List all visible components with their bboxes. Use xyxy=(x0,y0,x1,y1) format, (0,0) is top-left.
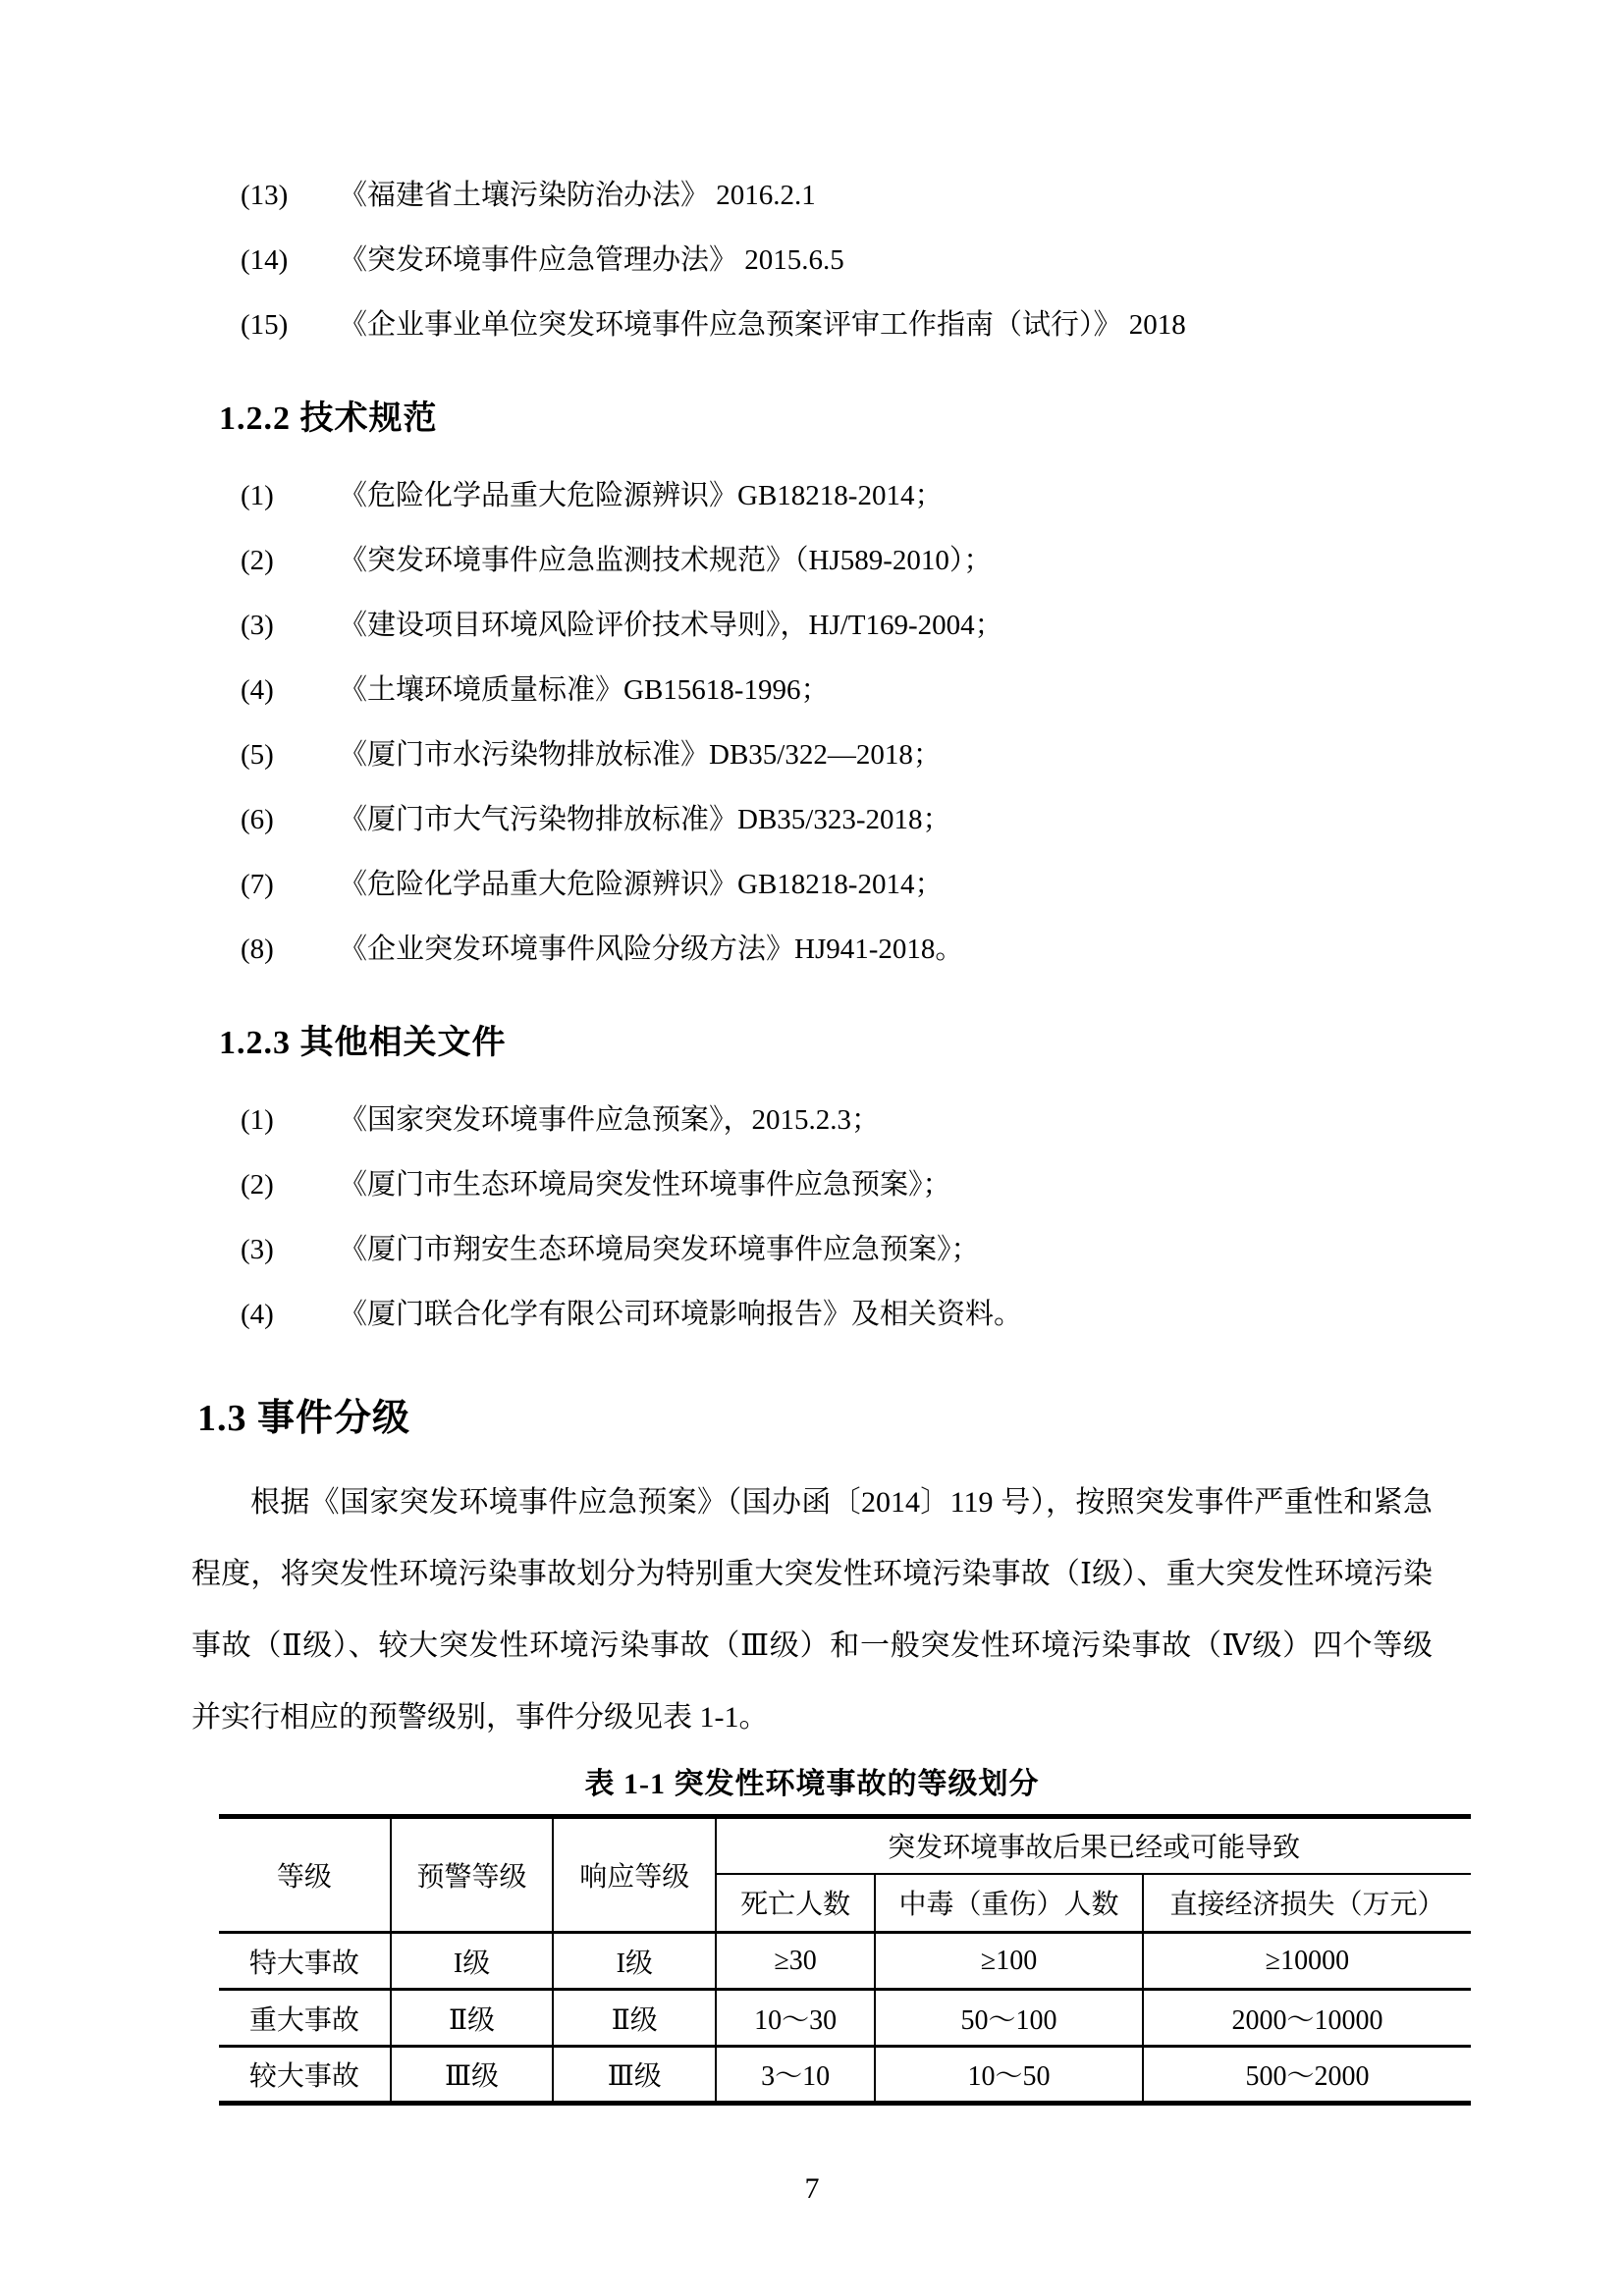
cell-warning: Ⅲ级 xyxy=(391,2047,554,2104)
cell-warning: Ⅱ级 xyxy=(391,1990,554,2047)
list-item-text: 《突发环境事件应急监测技术规范》（HJ589-2010）； xyxy=(339,528,992,593)
list-item-number: (8) xyxy=(241,917,339,982)
list-item: (3) 《厦门市翔安生态环境局突发环境事件应急预案》； xyxy=(191,1217,1433,1282)
table-row: 重大事故 Ⅱ级 Ⅱ级 10～30 50～100 2000～10000 xyxy=(219,1990,1471,2047)
cell-response: Ⅲ级 xyxy=(553,2047,716,2104)
list-item-text: 《国家突发环境事件应急预案》，2015.2.3； xyxy=(339,1088,880,1152)
list-item-number: (6) xyxy=(241,787,339,852)
header-economic-loss: 直接经济损失（万元） xyxy=(1143,1874,1471,1933)
cell-poisoned: ≥100 xyxy=(875,1933,1143,1990)
table-row: 较大事故 Ⅲ级 Ⅲ级 3～10 10～50 500～2000 xyxy=(219,2047,1471,2104)
list-item: (15) 《企业事业单位突发环境事件应急预案评审工作指南（试行）》 2018 xyxy=(191,293,1433,357)
table-row: 特大事故 I级 I级 ≥30 ≥100 ≥10000 xyxy=(219,1933,1471,1990)
list-item: (2) 《厦门市生态环境局突发性环境事件应急预案》； xyxy=(191,1152,1433,1217)
list-item-number: (1) xyxy=(241,463,339,528)
list-item-text: 《厦门市水污染物排放标准》DB35/322—2018； xyxy=(339,722,942,787)
list-item-text: 《厦门市生态环境局突发性环境事件应急预案》； xyxy=(339,1152,951,1217)
list-item: (5) 《厦门市水污染物排放标准》DB35/322—2018； xyxy=(191,722,1433,787)
list-item-number: (13) xyxy=(241,163,339,228)
related-documents-list: (1) 《国家突发环境事件应急预案》，2015.2.3； (2) 《厦门市生态环… xyxy=(191,1088,1433,1347)
document-page: (13) 《福建省土壤污染防治办法》 2016.2.1 (14) 《突发环境事件… xyxy=(0,0,1624,2296)
cell-loss: 500～2000 xyxy=(1143,2047,1471,2104)
list-item-number: (2) xyxy=(241,528,339,593)
cell-poisoned: 50～100 xyxy=(875,1990,1143,2047)
header-deaths: 死亡人数 xyxy=(716,1874,875,1933)
cell-deaths: 10～30 xyxy=(716,1990,875,2047)
list-item: (7) 《危险化学品重大危险源辨识》GB18218-2014； xyxy=(191,852,1433,917)
cell-response: Ⅱ级 xyxy=(553,1990,716,2047)
technical-standards-list: (1) 《危险化学品重大危险源辨识》GB18218-2014； (2) 《突发环… xyxy=(191,463,1433,982)
list-item: (6) 《厦门市大气污染物排放标准》DB35/323-2018； xyxy=(191,787,1433,852)
list-item: (8) 《企业突发环境事件风险分级方法》HJ941-2018。 xyxy=(191,917,1433,982)
list-item-number: (2) xyxy=(241,1152,339,1217)
cell-deaths: 3～10 xyxy=(716,2047,875,2104)
header-warning-level: 预警等级 xyxy=(391,1817,554,1933)
list-item-number: (4) xyxy=(241,658,339,722)
cell-level: 重大事故 xyxy=(219,1990,391,2047)
list-item-text: 《福建省土壤污染防治办法》 2016.2.1 xyxy=(339,163,816,228)
cell-warning: I级 xyxy=(391,1933,554,1990)
list-item: (3) 《建设项目环境风险评价技术导则》，HJ/T169-2004； xyxy=(191,593,1433,658)
list-item-number: (5) xyxy=(241,722,339,787)
list-item: (1) 《国家突发环境事件应急预案》，2015.2.3； xyxy=(191,1088,1433,1152)
cell-response: I级 xyxy=(553,1933,716,1990)
table-caption: 表 1-1 突发性环境事故的等级划分 xyxy=(191,1763,1433,1806)
header-response-level: 响应等级 xyxy=(553,1817,716,1933)
section-heading-1-2-3: 1.2.3 其他相关文件 xyxy=(219,1023,1433,1064)
list-item-number: (14) xyxy=(241,228,339,293)
regulation-list-continued: (13) 《福建省土壤污染防治办法》 2016.2.1 (14) 《突发环境事件… xyxy=(191,163,1433,357)
list-item: (2) 《突发环境事件应急监测技术规范》（HJ589-2010）； xyxy=(191,528,1433,593)
list-item-number: (3) xyxy=(241,593,339,658)
section-heading-1-2-2: 1.2.2 技术规范 xyxy=(219,399,1433,440)
list-item-text: 《企业事业单位突发环境事件应急预案评审工作指南（试行）》 2018 xyxy=(339,293,1186,357)
cell-loss: ≥10000 xyxy=(1143,1933,1471,1990)
header-level: 等级 xyxy=(219,1817,391,1933)
list-item-text: 《厦门市翔安生态环境局突发环境事件应急预案》； xyxy=(339,1217,980,1282)
cell-poisoned: 10～50 xyxy=(875,2047,1143,2104)
cell-level: 特大事故 xyxy=(219,1933,391,1990)
list-item: (1) 《危险化学品重大危险源辨识》GB18218-2014； xyxy=(191,463,1433,528)
list-item-number: (4) xyxy=(241,1282,339,1347)
cell-level: 较大事故 xyxy=(219,2047,391,2104)
section-heading-1-3: 1.3 事件分级 xyxy=(197,1396,1433,1441)
page-number: 7 xyxy=(0,2172,1624,2206)
list-item: (13) 《福建省土壤污染防治办法》 2016.2.1 xyxy=(191,163,1433,228)
list-item-text: 《厦门联合化学有限公司环境影响报告》及相关资料。 xyxy=(339,1282,1022,1347)
header-poisoned: 中毒（重伤）人数 xyxy=(875,1874,1143,1933)
list-item-text: 《突发环境事件应急管理办法》 2015.6.5 xyxy=(339,228,844,293)
list-item-text: 《危险化学品重大危险源辨识》GB18218-2014； xyxy=(339,852,943,917)
list-item: (4) 《土壤环境质量标准》GB15618-1996； xyxy=(191,658,1433,722)
list-item-text: 《土壤环境质量标准》GB15618-1996； xyxy=(339,658,829,722)
list-item-text: 《厦门市大气污染物排放标准》DB35/323-2018； xyxy=(339,787,951,852)
cell-deaths: ≥30 xyxy=(716,1933,875,1990)
levels-table: 等级 预警等级 响应等级 突发环境事故后果已经或可能导致 死亡人数 中毒（重伤）… xyxy=(219,1814,1471,2106)
list-item-number: (7) xyxy=(241,852,339,917)
list-item-number: (3) xyxy=(241,1217,339,1282)
list-item-text: 《企业突发环境事件风险分级方法》HJ941-2018。 xyxy=(339,917,963,982)
list-item-text: 《危险化学品重大危险源辨识》GB18218-2014； xyxy=(339,463,943,528)
list-item: (14) 《突发环境事件应急管理办法》 2015.6.5 xyxy=(191,228,1433,293)
header-consequence-group: 突发环境事故后果已经或可能导致 xyxy=(716,1817,1471,1874)
list-item-number: (1) xyxy=(241,1088,339,1152)
list-item-text: 《建设项目环境风险评价技术导则》，HJ/T169-2004； xyxy=(339,593,1003,658)
list-item: (4) 《厦门联合化学有限公司环境影响报告》及相关资料。 xyxy=(191,1282,1433,1347)
list-item-number: (15) xyxy=(241,293,339,357)
classification-paragraph: 根据《国家突发环境事件应急预案》（国办函〔2014〕119 号），按照突发事件严… xyxy=(191,1467,1433,1753)
cell-loss: 2000～10000 xyxy=(1143,1990,1471,2047)
